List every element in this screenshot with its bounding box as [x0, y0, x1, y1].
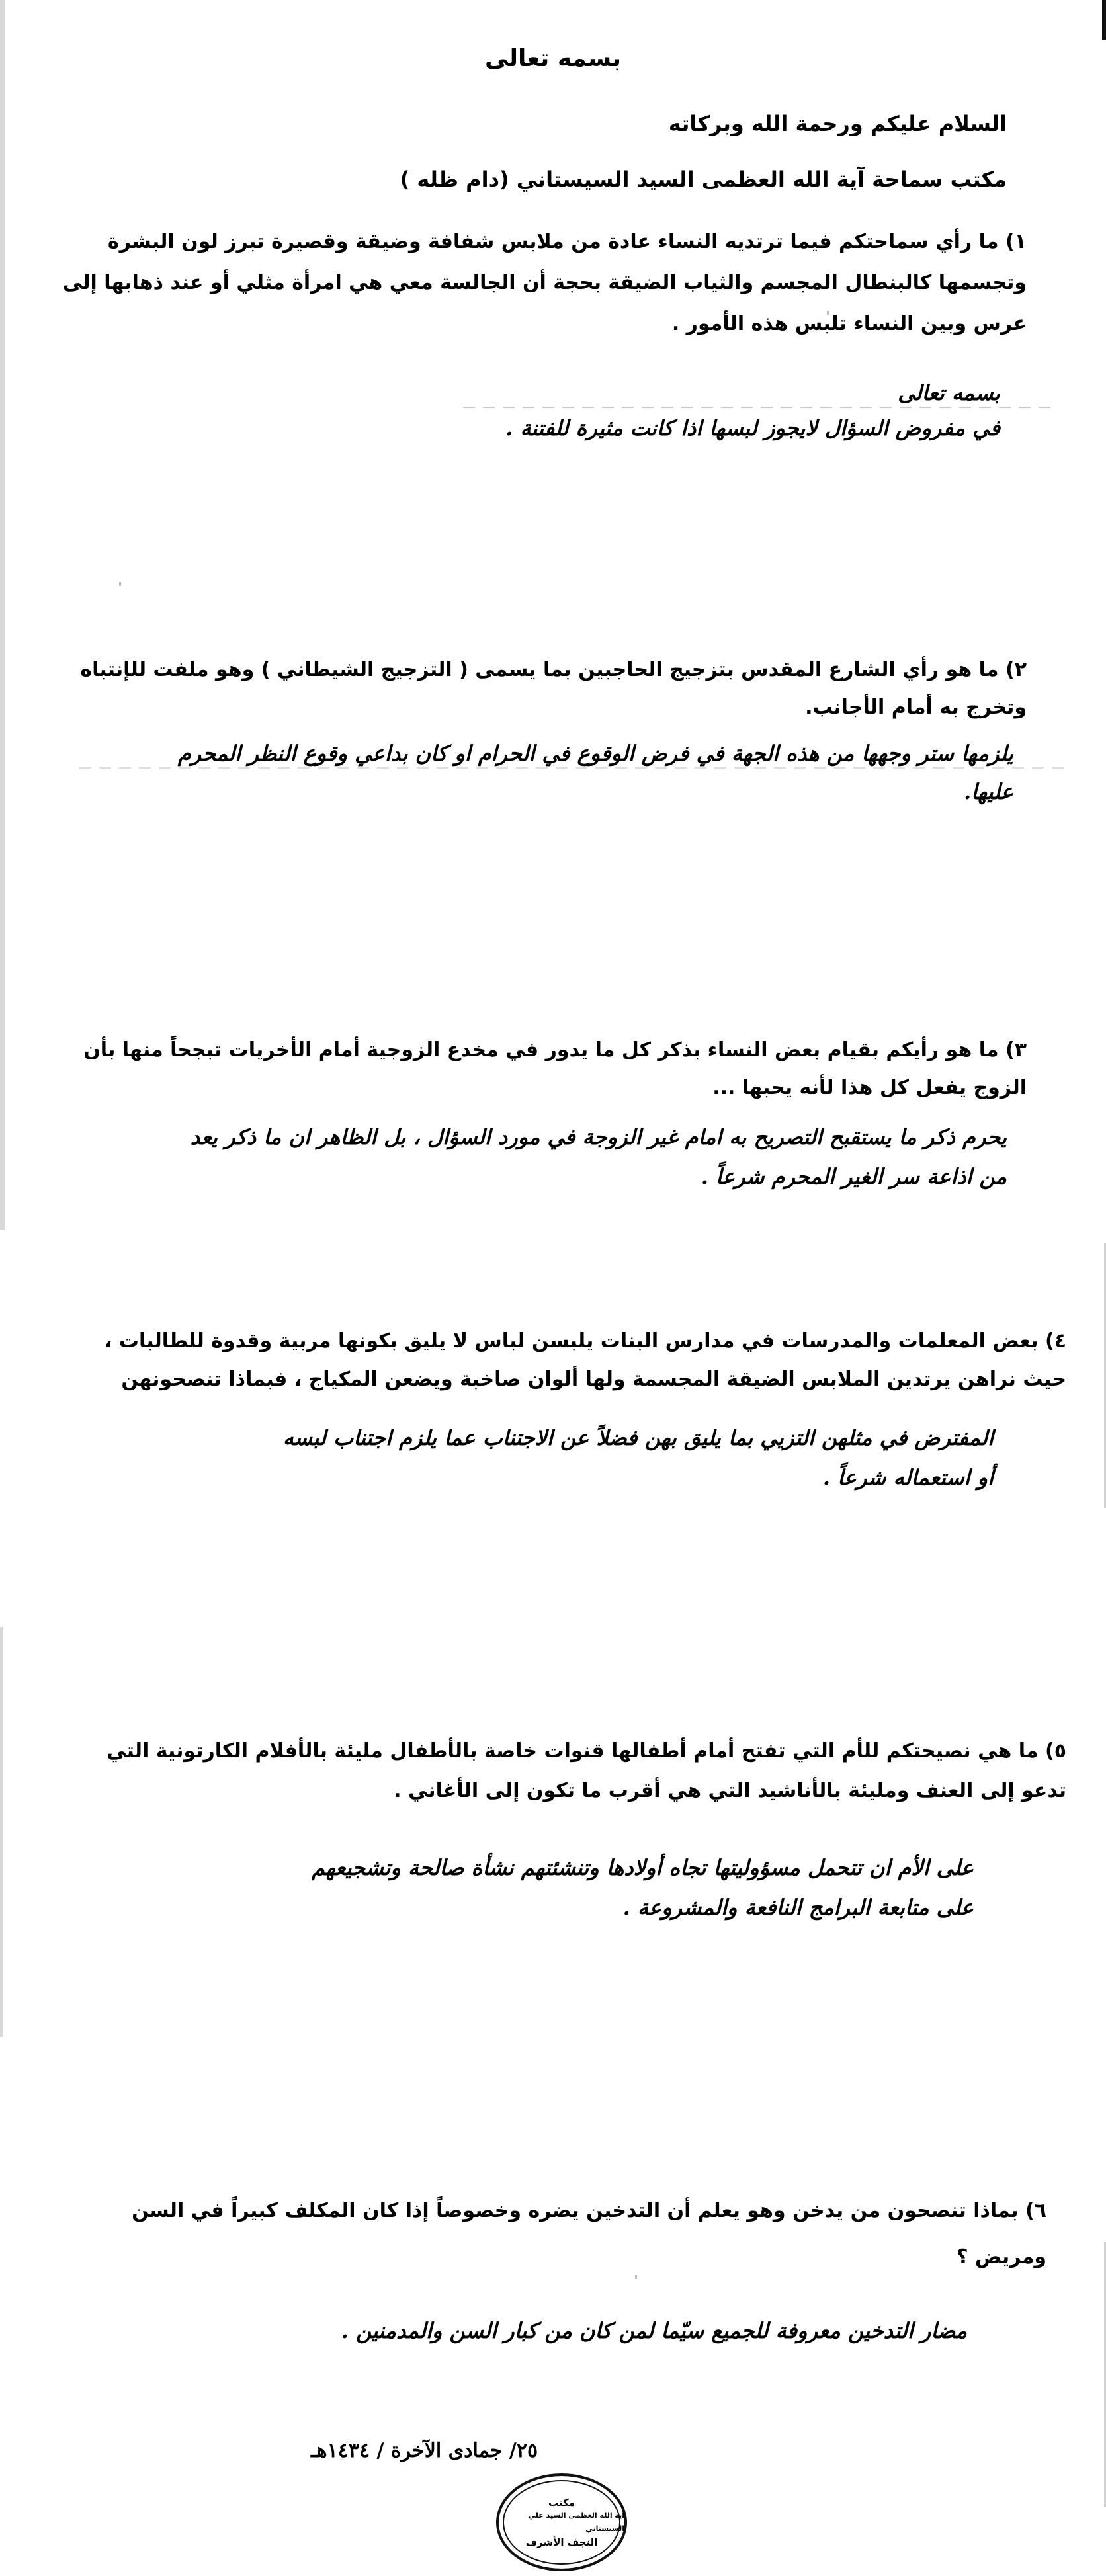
greeting: السلام عليكم ورحمة الله وبركاته — [669, 111, 1007, 136]
scan-edge-left-lower — [0, 1627, 3, 2037]
question-line: ومريض ؟ — [957, 2245, 1046, 2268]
question-line: ٣) ما هو رأيكم بقيام بعض النساء بذكر كل … — [83, 1038, 1027, 1061]
answer-line: المفترض في مثلهن التزيي بما يليق بهن فضل… — [283, 1425, 994, 1450]
scan-edge-right-top — [1102, 0, 1106, 40]
scan-speck — [119, 582, 121, 586]
question-line: حيث نراهن يرتدين الملابس الضيقة المجسمة … — [121, 1368, 1066, 1391]
question-line: عرس وبين النساء تلبس هذه الأمور . — [672, 312, 1027, 335]
question-line: ١) ما رأي سماحتكم فيما ترتديه النساء عاد… — [108, 230, 1027, 253]
office-seal-stamp: مكتب آية الله العظمى السيد علي السيستاني… — [496, 2473, 627, 2571]
scan-edge-left — [0, 0, 5, 1230]
question-line: وتخرج به أمام الأجانب. — [805, 696, 1027, 719]
answer-line: على الأم ان تتحمل مسؤوليتها تجاه أولادها… — [312, 1855, 974, 1880]
question-line: ٢) ما هو رأي الشارع المقدس بتزجيج الحاجب… — [80, 658, 1027, 681]
stamp-line: النجف الأشرف — [526, 2536, 598, 2549]
document-title: بسمه تعالى — [0, 45, 1106, 72]
question-line: ٥) ما هي نصيحتكم للأم التي تفتح أمام أطف… — [106, 1739, 1066, 1763]
answer-line: عليها. — [964, 779, 1013, 804]
question-line: الزوج يفعل كل هذا لأنه يحبها ... — [712, 1076, 1027, 1099]
stamp-line: آية الله العظمى السيد علي السيستاني — [499, 2509, 624, 2536]
scanned-document-page: بسمه تعالى السلام عليكم ورحمة الله وبركا… — [0, 0, 1106, 2576]
faint-scan-rule — [79, 767, 1072, 769]
faint-scan-rule — [463, 407, 1058, 408]
answer-header: بسمه تعالى — [898, 380, 1000, 405]
addressee: مكتب سماحة آية الله العظمى السيد السيستا… — [400, 167, 1007, 192]
answer-line: من اذاعة سر الغير المحرم شرعاً . — [701, 1164, 1007, 1189]
scan-speck — [635, 2275, 637, 2279]
question-line: وتجسمها كالبنطال المجسم والثياب الضيقة ب… — [63, 271, 1027, 294]
scan-speck — [827, 311, 829, 315]
answer-line: مضار التدخين معروفة للجميع سيّما لمن كان… — [341, 2318, 967, 2343]
answer-line: يحرم ذكر ما يستقبح التصريح به امام غير ا… — [191, 1124, 1007, 1149]
hijri-date: ٢٥/ جمادى الآخرة / ١٤٣٤هـ — [311, 2439, 538, 2462]
answer-line: على متابعة البرامج النافعة والمشروعة . — [623, 1895, 974, 1920]
answer-line: يلزمها ستر وجهها من هذه الجهة في فرض الو… — [178, 741, 1013, 766]
answer-line: في مفروض السؤال لايجوز لبسها اذا كانت مث… — [505, 415, 1000, 440]
question-line: ٦) بماذا تنصحون من يدخن وهو يعلم أن التد… — [132, 2199, 1046, 2222]
answer-line: أو استعماله شرعاً . — [823, 1465, 994, 1490]
question-line: ٤) بعض المعلمات والمدرسات في مدارس البنا… — [105, 1329, 1066, 1352]
stamp-line: مكتب — [548, 2496, 575, 2509]
question-line: تدعو إلى العنف ومليئة بالأناشيد التي هي … — [394, 1779, 1066, 1802]
